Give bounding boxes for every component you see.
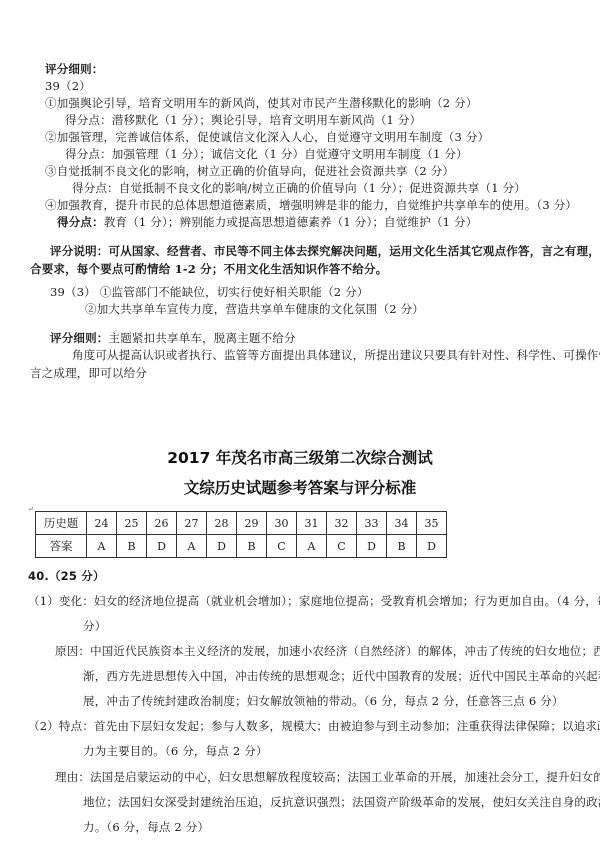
part-1-label: （1）变化： — [28, 594, 94, 608]
question-39-2-label: 39（2） — [45, 79, 91, 93]
question-cell: 27 — [177, 512, 207, 535]
table-row-questions: 历史题 24 25 26 27 28 29 30 31 32 33 34 35 — [36, 512, 447, 535]
part-1-line-2: 分） — [83, 619, 106, 633]
question-cell: 35 — [417, 512, 447, 535]
answer-cell: A — [87, 535, 117, 558]
rationale-line-1: 法国是启蒙运动的中心，妇女思想解放程度较高；法国工业革命的开展，加速社会分工，提… — [90, 770, 600, 784]
answer-cell: B — [237, 535, 267, 558]
rationale-line-2: 地位；法国妇女深受封建统治压迫，反抗意识强烈；法国资产阶级革命的发展，使妇女关注… — [83, 795, 600, 809]
point-4-score-detail: 教育（1 分）；辨别能力或提高思想道德素养（1 分）；自觉维护（1 分） — [104, 215, 478, 229]
history-subtitle: 文综历史试题参考答案与评分标准 — [0, 476, 600, 498]
question-cell: 29 — [237, 512, 267, 535]
point-4-score-label: 得分点： — [57, 215, 104, 229]
grading-note-line-1: 可从国家、经营者、市民等不同主体去探究解决问题，运用文化生活其它观点作答，言之有… — [109, 244, 600, 258]
answer-cell: C — [267, 535, 297, 558]
point-1-text: ①加强舆论引导，培育文明用车的新风尚，使其对市民产生潜移默化的影响（2 分） — [45, 96, 478, 110]
grading-rule-line-2: 角度可从提高认识或者执行、监管等方面提出具体建议，所提出建议只要具有针对性、科学… — [72, 348, 600, 362]
part-2-line-1: 首先由下层妇女发起；参与人数多，规模大；由被迫参与到主动参加；注重获得法律保障；… — [94, 719, 600, 733]
answer-cell: B — [117, 535, 147, 558]
part-2-line-2: 力为主要目的。（6 分，每点 2 分） — [83, 744, 268, 758]
reason: 原因：中国近代民族资本主义经济的发展，加速小农经济（自然经济）的解体，冲击了传统… — [55, 644, 600, 658]
reason-line-2: 渐，西方先进思想传入中国，冲击传统的思想观念；近代中国教育的发展；近代中国民主革… — [83, 669, 600, 683]
part-2-label: （2）特点： — [28, 719, 94, 733]
point-2-score: 得分点：加强管理（1 分）；诚信文化（1 分）自觉遵守文明用车制度（1 分） — [65, 147, 468, 161]
question-cell: 32 — [327, 512, 357, 535]
answer-cell: C — [327, 535, 357, 558]
grading-note-line-2: 合要求，每个要点可酌情给 1-2 分；不用文化生活知识作答不给分。 — [30, 262, 387, 276]
row-header-answers: 答案 — [36, 535, 87, 558]
reason-label: 原因： — [55, 644, 90, 658]
reason-line-1: 中国近代民族资本主义经济的发展，加速小农经济（自然经济）的解体，冲击了传统的妇女… — [90, 644, 600, 658]
point-2-text: ②加强管理，完善诚信体系，促使诚信文化深入人心，自觉遵守文明用车制度（3 分） — [45, 130, 489, 144]
question-39-3: 39（3） ①监管部门不能缺位，切实行使好相关职能（2 分） — [50, 285, 369, 299]
question-39-3-label: 39（3） — [50, 285, 96, 299]
rationale: 理由：法国是启蒙运动的中心，妇女思想解放程度较高；法国工业革命的开展，加速社会分… — [55, 770, 600, 784]
answer-cell: B — [387, 535, 417, 558]
grading-note: 评分说明：可从国家、经营者、市民等不同主体去探究解决问题，运用文化生活其它观点作… — [50, 244, 600, 258]
answer-table: 历史题 24 25 26 27 28 29 30 31 32 33 34 35 … — [35, 511, 447, 558]
part-1-change: （1）变化：妇女的经济地位提高（就业机会增加）；家庭地位提高；受教育机会增加；行… — [28, 594, 600, 608]
question-cell: 30 — [267, 512, 297, 535]
grading-note-label: 评分说明： — [50, 244, 109, 258]
question-cell: 33 — [357, 512, 387, 535]
grading-rule-text: 主题紧扣共享单车，脱离主题不给分 — [109, 331, 296, 345]
grading-rule-line-3: 言之成理，即可以给分 — [30, 366, 147, 380]
question-40-label: 40.（25 分） — [28, 569, 105, 583]
point-3-text: ③自觉抵制不良文化的影响，树立正确的价值导向，促进社会资源共享（2 分） — [45, 164, 454, 178]
grading-rule-label: 评分细则： — [50, 331, 109, 345]
answer-cell: A — [297, 535, 327, 558]
q39-3-item-1: ①监管部门不能缺位，切实行使好相关职能（2 分） — [100, 285, 369, 299]
answer-cell: D — [207, 535, 237, 558]
reason-line-3: 展，冲击了传统封建政治制度；妇女解放领袖的带动。（6 分，每点 2 分，任意答三… — [83, 694, 564, 708]
row-header-questions: 历史题 — [36, 512, 87, 535]
part-2-features: （2）特点：首先由下层妇女发起；参与人数多，规模大；由被迫参与到主动参加；注重获… — [28, 719, 600, 733]
grading-rules-heading: 评分细则： — [45, 62, 104, 76]
answer-cell: A — [177, 535, 207, 558]
rationale-line-3: 力。（6 分，每点 2 分） — [83, 820, 209, 834]
answer-cell: D — [357, 535, 387, 558]
history-title: 2017 年茂名市高三级第二次综合测试 — [0, 446, 600, 468]
rationale-label: 理由： — [55, 770, 90, 784]
part-1-line-1: 妇女的经济地位提高（就业机会增加）；家庭地位提高；受教育机会增加；行为更加自由。… — [94, 594, 600, 608]
q39-3-item-2: ②加大共享单车宣传力度，营造共享单车健康的文化氛围（2 分） — [85, 302, 424, 316]
question-cell: 34 — [387, 512, 417, 535]
point-4-text: ④加强教育，提升市民的总体思想道德素质，增强明辨是非的能力，自觉维护共享单车的使… — [45, 198, 577, 212]
question-cell: 28 — [207, 512, 237, 535]
point-3-score: 得分点：自觉抵制不良文化的影响/树立正确的价值导向（1 分）；促进资源共享（1 … — [72, 181, 526, 195]
question-cell: 26 — [147, 512, 177, 535]
point-4-score: 得分点：教育（1 分）；辨别能力或提高思想道德素养（1 分）；自觉维护（1 分） — [57, 215, 477, 229]
answer-cell: D — [147, 535, 177, 558]
question-cell: 24 — [87, 512, 117, 535]
anchor-mark: ↵ — [28, 505, 34, 513]
table-row-answers: 答案 A B D A D B C A C D B D — [36, 535, 447, 558]
point-1-score: 得分点：潜移默化（1 分）；舆论引导，培育文明用车新风尚（1 分） — [65, 113, 421, 127]
grading-rule: 评分细则：主题紧扣共享单车，脱离主题不给分 — [50, 331, 296, 345]
question-cell: 31 — [297, 512, 327, 535]
question-cell: 25 — [117, 512, 147, 535]
answer-cell: D — [417, 535, 447, 558]
